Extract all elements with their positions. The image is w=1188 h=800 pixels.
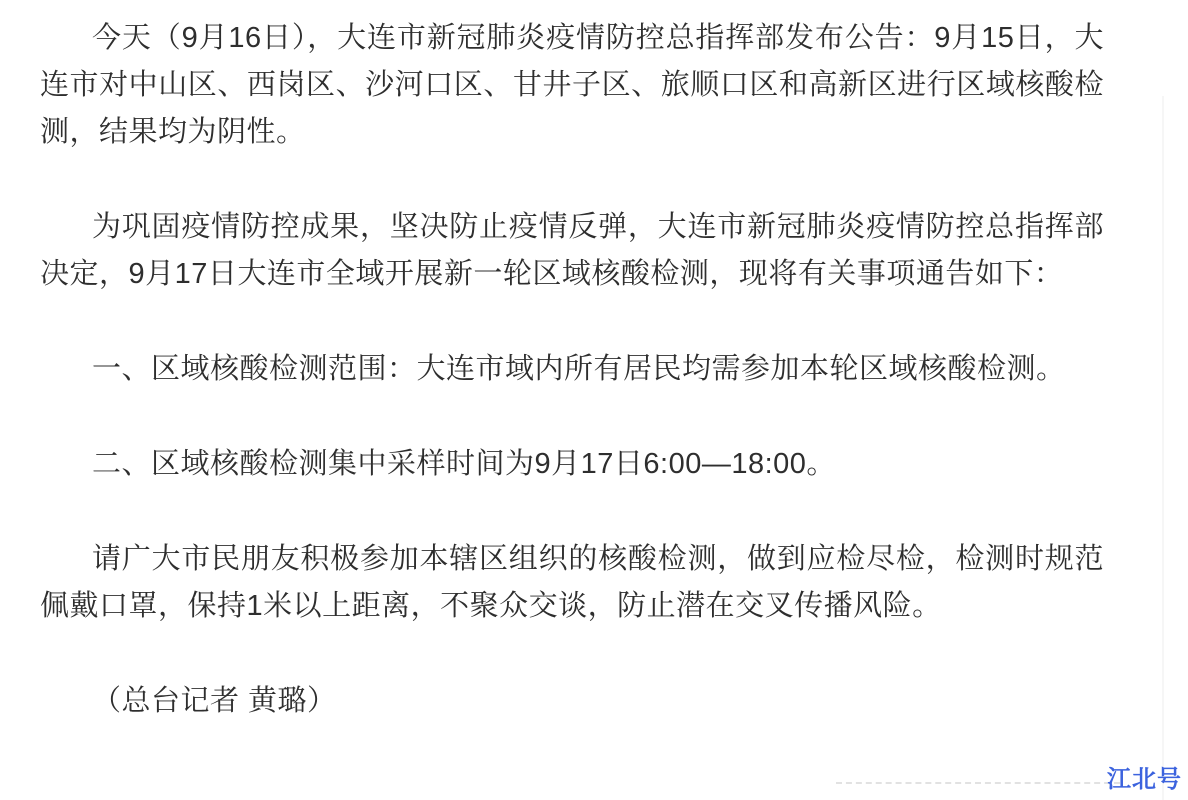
paragraph-item-2-time: 二、区域核酸检测集中采样时间为9月17日6:00—18:00。 [40, 441, 1104, 488]
paragraph-reporter-byline: （总台记者 黄璐） [40, 678, 1104, 725]
paragraph-announcement-intro: 今天（9月16日），大连市新冠肺炎疫情防控总指挥部发布公告：9月15日，大连市对… [40, 15, 1104, 156]
watermark-underline [836, 782, 1120, 784]
paragraph-decision: 为巩固疫情防控成果，坚决防止疫情反弹，大连市新冠肺炎疫情防控总指挥部决定，9月1… [40, 204, 1104, 298]
article-page: 今天（9月16日），大连市新冠肺炎疫情防控总指挥部发布公告：9月15日，大连市对… [0, 0, 1188, 800]
paragraph-item-1-scope: 一、区域核酸检测范围：大连市域内所有居民均需参加本轮区域核酸检测。 [40, 346, 1104, 393]
paragraph-public-notice: 请广大市民朋友积极参加本辖区组织的核酸检测，做到应检尽检，检测时规范佩戴口罩，保… [40, 536, 1104, 630]
channel-watermark: 江北号 [1107, 759, 1182, 794]
page-edge-line [1162, 96, 1164, 800]
announcement-article: 今天（9月16日），大连市新冠肺炎疫情防控总指挥部发布公告：9月15日，大连市对… [40, 15, 1104, 725]
